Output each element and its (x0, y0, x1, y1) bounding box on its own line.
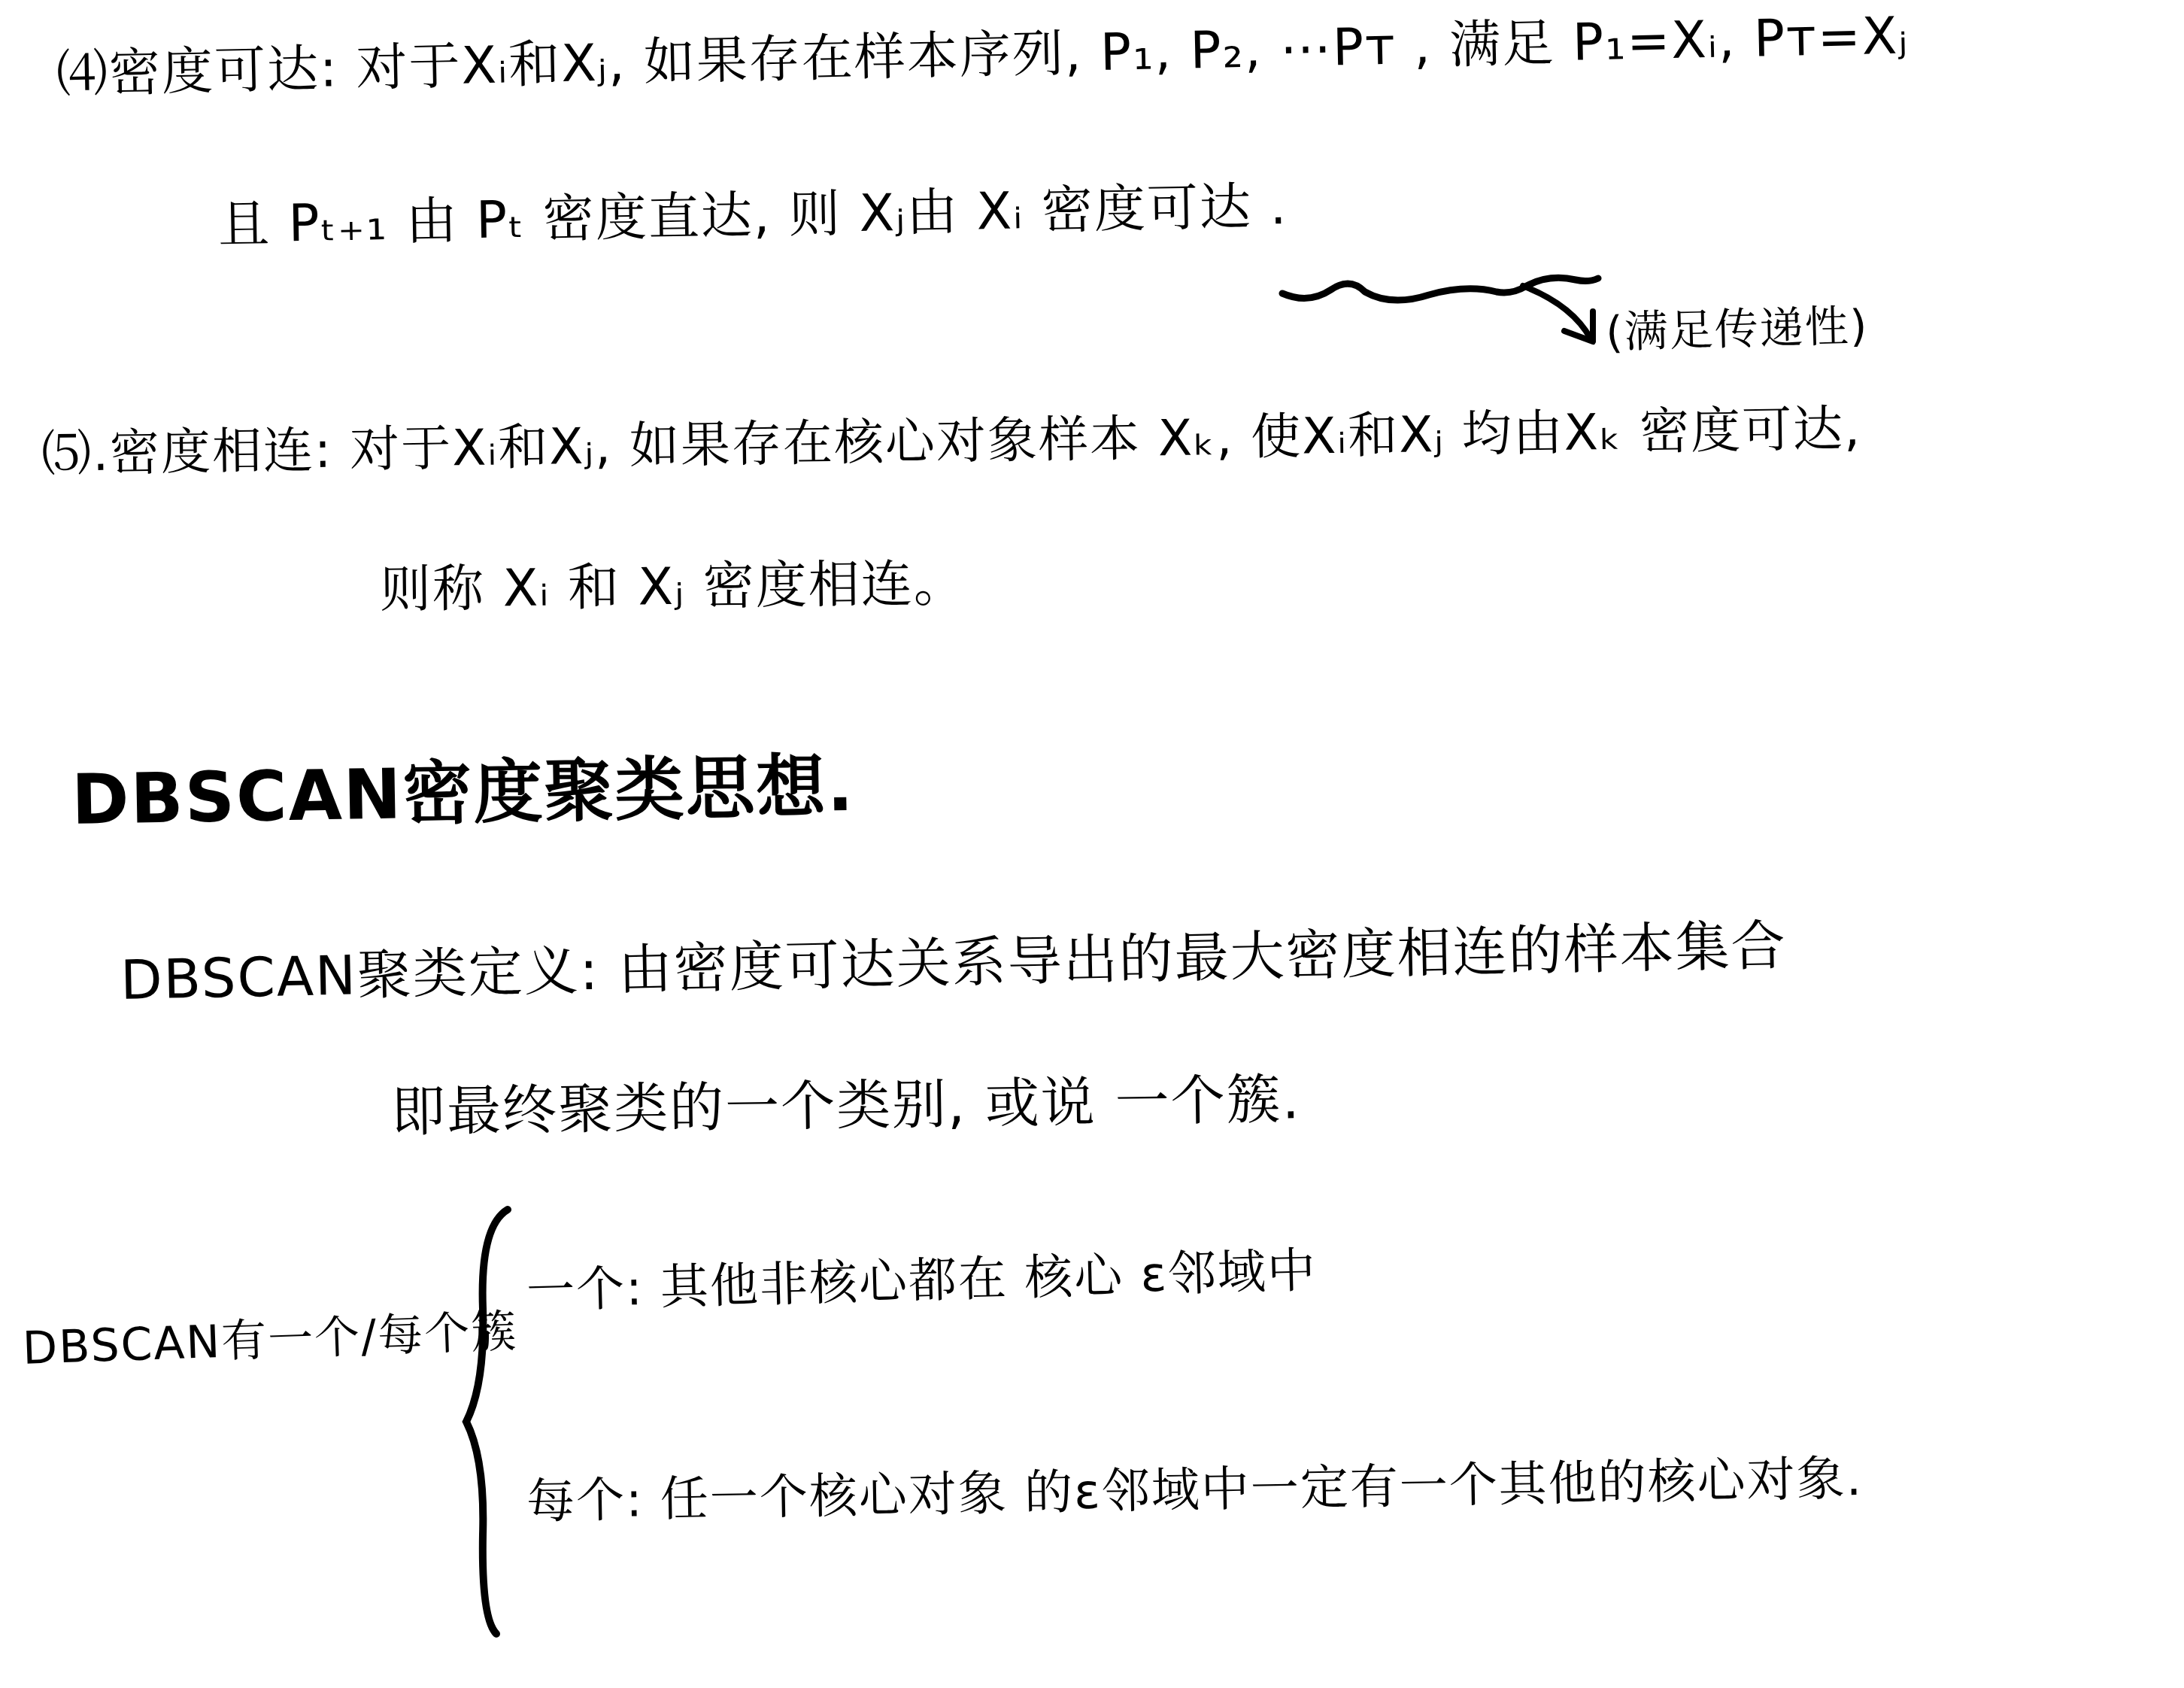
cluster-properties-label: DBSCAN有一个/每个簇 (21, 1295, 518, 1377)
transitivity-annotation: (满足传递性) (1605, 290, 1869, 360)
density-reachable-emphasis: 密度可达 (1041, 178, 1252, 241)
curly-brace (451, 1204, 519, 1640)
density-reachable-line2-prefix: 且 Pₜ₊₁ 由 Pₜ 密度直达, 则 Xⱼ由 Xᵢ (217, 181, 1024, 255)
handwritten-note-page: ⑷密度可达: 对于Xᵢ和Xⱼ, 如果存在样本序列, P₁, P₂, ⋯Pᴛ , … (0, 0, 2184, 1688)
density-reachable-line1: ⑷密度可达: 对于Xᵢ和Xⱼ, 如果存在样本序列, P₁, P₂, ⋯Pᴛ , … (56, 0, 1909, 107)
arrow-to-annotation (1519, 278, 1617, 354)
cluster-definition-line2: 即最终聚类的一个类别, 或说 一个簇. (390, 1055, 1301, 1146)
cluster-property-item-1: 一个: 其他非核心都在 核心 ε邻域中 (526, 1231, 1318, 1321)
density-connected-line2: 则称 Xᵢ 和 Xⱼ 密度相连。 (379, 543, 966, 622)
dbscan-heading: DBSCAN密度聚类思想. (71, 731, 856, 844)
density-reachable-line2-period: . (1269, 177, 1288, 236)
cluster-definition-line1: DBSCAN聚类定义: 由密度可达关系导出的最大密度相连的样本集合 (120, 902, 1788, 1015)
density-reachable-line2: 且 Pₜ₊₁ 由 Pₜ 密度直达, 则 Xⱼ由 Xᵢ 密度可达 . (217, 165, 1288, 257)
density-connected-line1: ⑸.密度相连: 对于Xᵢ和Xⱼ, 如果存在核心对象样本 Xₖ, 使Xᵢ和Xⱼ 均… (41, 388, 1861, 485)
cluster-property-item-2: 每个: 任一个核心对象 的ε邻域中一定有一个其他的核心对象. (526, 1440, 1864, 1532)
